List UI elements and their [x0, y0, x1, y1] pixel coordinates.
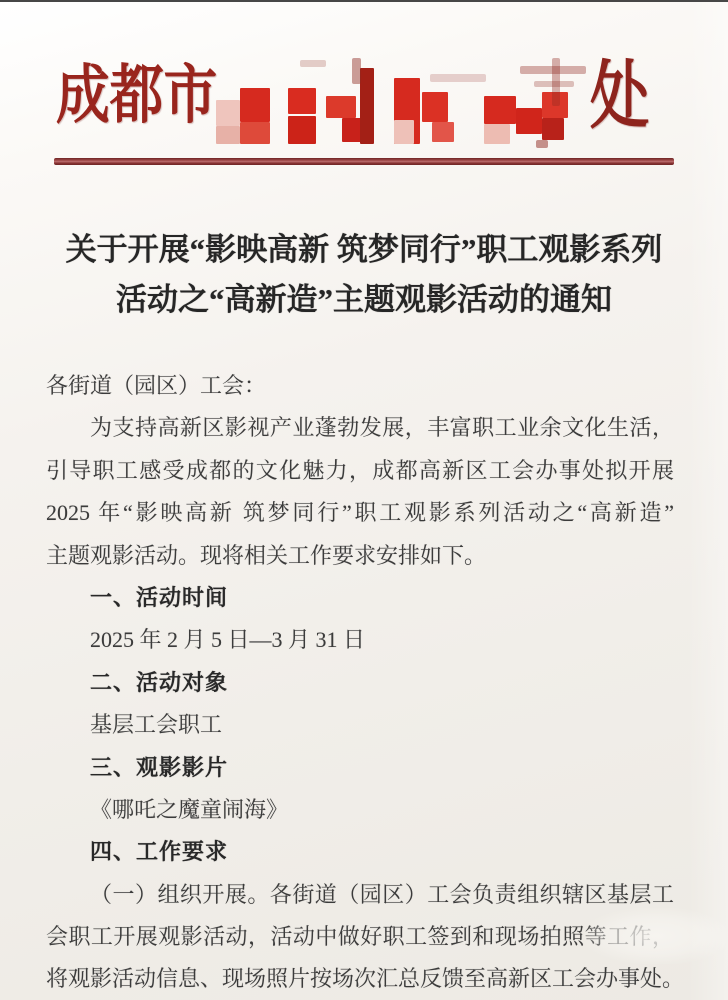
document-line: 三、观影影片 [46, 747, 674, 789]
letterhead-rule [54, 158, 674, 165]
document-line: 将观影活动信息、现场照片按场次汇总反馈至高新区工会办事处。 [46, 958, 674, 1000]
redaction-pixel [432, 122, 454, 142]
ghost-stroke [300, 60, 326, 67]
redaction-pixel [288, 88, 316, 114]
document-line: 引导职工感受成都的文化魅力，成都高新区工会办事处拟开展 [46, 450, 674, 492]
document-line: 2025 年 2 月 5 日—3 月 31 日 [46, 619, 674, 661]
org-name-suffix: 处 [590, 60, 649, 134]
redaction-pixel [542, 118, 564, 140]
document-line: 四、工作要求 [46, 831, 674, 873]
document-line: 基层工会职工 [46, 704, 674, 746]
document-title: 关于开展“影映高新 筑梦同行”职工观影系列 活动之“高新造”主题观影活动的通知 [36, 225, 692, 325]
redaction-pixel [240, 88, 270, 122]
document-photo: 成都市 处 关于开展“影映高新 筑梦同行”职工观影系列 活动之“高新造”主题观影… [0, 0, 728, 1000]
redaction-pixel [360, 68, 374, 144]
redaction-pixel [422, 92, 448, 122]
redaction-pixel [516, 108, 542, 134]
title-line-2: 活动之“高新造”主题观影活动的通知 [36, 275, 692, 325]
document-line: 主题观影活动。现将相关工作要求安排如下。 [46, 535, 674, 577]
document-line: 为支持高新区影视产业蓬勃发展，丰富职工业余文化生活， [46, 407, 674, 449]
title-line-1: 关于开展“影映高新 筑梦同行”职工观影系列 [36, 225, 692, 275]
ghost-stroke [352, 58, 361, 84]
redaction-pixel [240, 122, 270, 144]
document-line: （一）组织开展。各街道（园区）工会负责组织辖区基层工 [46, 874, 674, 916]
document-line: 《哪吒之魔童闹海》 [46, 789, 674, 831]
notice-body: 各街道（园区）工会：为支持高新区影视产业蓬勃发展，丰富职工业余文化生活，引导职工… [46, 365, 674, 1000]
ghost-stroke [536, 140, 548, 148]
document-line: 2025 年“影映高新 筑梦同行”职工观影系列活动之“高新造” [46, 492, 674, 534]
ghost-stroke [552, 58, 560, 106]
org-name-prefix: 成都市 [56, 64, 217, 128]
ghost-stroke [430, 74, 486, 82]
document-line: 二、活动对象 [46, 662, 674, 704]
redaction-pixel [394, 120, 414, 144]
redaction-pixel [216, 126, 240, 144]
redaction-pixel [216, 100, 240, 126]
redaction-pixel [326, 96, 356, 118]
letterhead: 成都市 处 [0, 2, 728, 174]
redaction-pixel [484, 124, 510, 144]
document-line: 会职工开展观影活动，活动中做好职工签到和现场拍照等工作， [46, 916, 674, 958]
redaction-pixel [288, 116, 316, 144]
document-line: 各街道（园区）工会： [46, 365, 674, 407]
redaction-pixel [484, 96, 516, 124]
document-line: 一、活动时间 [46, 577, 674, 619]
